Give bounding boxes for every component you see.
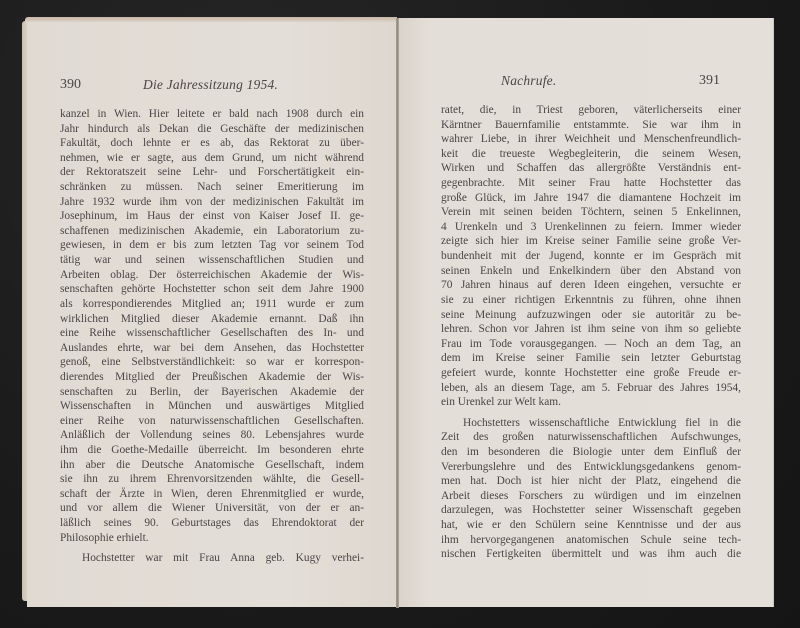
text-line: nischen Fertigkeiten übermittelt und was… xyxy=(441,547,741,562)
text-line: bundenheit mit der Jugend, konnte er im … xyxy=(441,249,741,264)
text-line: Anläßlich der Vollendung seines 80. Lebe… xyxy=(60,428,364,443)
text-line: senschaften zu Berlin, der Bayerischen A… xyxy=(60,385,364,400)
text-line: der Rektoratszeit seine Lehr- und Forsch… xyxy=(60,165,364,180)
text-line: ihm die Goethe-Medaille überreicht. Im b… xyxy=(60,443,364,458)
text-line: hat, wie er den Schülern seine Kenntniss… xyxy=(441,518,741,533)
right-page: Nachrufe. 391 ratet, die, in Triest gebo… xyxy=(399,18,774,607)
text-line: seinen Enkeln und Enkelkindern über den … xyxy=(441,264,741,279)
text-line: seine Meinung aufzuzwingen oder sie auto… xyxy=(441,308,741,323)
text-line: Josephinum, im Haus der einst von Kaiser… xyxy=(60,209,364,224)
open-book: 390 Die Jahressitzung 1954. kanzel in Wi… xyxy=(22,17,776,608)
paragraph: kanzel in Wien. Hier leitete er bald nac… xyxy=(60,107,364,545)
paragraph: Hochstetter war mit Frau Anna geb. Kugy … xyxy=(60,551,364,566)
text-line: ein Urenkel zur Welt kam. xyxy=(441,395,741,410)
text-line: gewiesen, in dem er bis zum letzten Tag … xyxy=(60,238,364,253)
text-line: genoß, eine Selbstverständlichkeit: so w… xyxy=(60,355,364,370)
text-line: 4 Urenkeln und 3 Urenkelinnen zu feiern.… xyxy=(441,220,741,235)
text-line: Hochstetter war mit Frau Anna geb. Kugy … xyxy=(60,551,364,566)
text-line: dem im Kreise seiner Familie sein letzte… xyxy=(441,351,741,366)
text-line: Auslandes ehrte, war bei dem Ansehen, da… xyxy=(60,341,364,356)
text-line: Hochstetters wissenschaftliche Entwicklu… xyxy=(441,416,741,431)
paragraph: Hochstetters wissenschaftliche Entwicklu… xyxy=(441,416,741,562)
text-line: Wirken und Schaffen das allergrößte Vers… xyxy=(441,161,741,176)
text-line: schaft der Ärzte in Wien, deren Ehrenmit… xyxy=(60,487,364,502)
text-line: große Glück, im Jahre 1947 die diamanten… xyxy=(441,191,741,206)
text-line: Jahr hindurch als Dekan die Geschäfte de… xyxy=(60,122,364,137)
text-line: ratet, die, in Triest geboren, väterlich… xyxy=(441,103,741,118)
text-line: keit die treueste Wegbegleiterin, die se… xyxy=(441,147,741,162)
text-line: nehmen, wie er sagte, aus dem Grund, um … xyxy=(60,151,364,166)
text-line: Zeit des großen naturwissenschaftlichen … xyxy=(441,430,741,445)
right-page-body: ratet, die, in Triest geboren, väterlich… xyxy=(441,103,741,562)
paragraph: ratet, die, in Triest geboren, väterlich… xyxy=(441,103,741,410)
text-line: sie ihn zu ihrem Ehrenvorsitzenden wählt… xyxy=(60,472,364,487)
right-page-header: Nachrufe. 391 xyxy=(439,72,739,90)
text-line: zeigte sich hier im Kreise seiner Famili… xyxy=(441,234,741,249)
text-line: schaffenen medizinischen Akademie, ein L… xyxy=(60,224,364,239)
text-line: wirklichen Mitglied dieser Akademie erna… xyxy=(60,312,364,327)
text-line: Vererbungslehre und des Entwicklungsgeda… xyxy=(441,460,741,475)
text-line: darzulegen, was Hochstetter seiner Wisse… xyxy=(441,503,741,518)
text-line: Wissenschaften in München und auswärtige… xyxy=(60,399,364,414)
text-line: leben, als an diesem Tage, am 5. Februar… xyxy=(441,381,741,396)
text-line: gefeiert wurde, konnte Hochstetter eine … xyxy=(441,366,741,381)
text-line: lehren. Schon vor Jahren ist ihm seine v… xyxy=(441,322,741,337)
text-line: Jahre 1932 wurde ihm von der medizinisch… xyxy=(60,195,364,210)
text-line: Arbeit dieses Forschers zu würdigen und … xyxy=(441,489,741,504)
text-line: Fakultät, doch lehnte er es ab, das Rekt… xyxy=(60,136,364,151)
running-head: Die Jahressitzung 1954. xyxy=(143,76,278,94)
text-line: Kärntner Bauernfamilie entstammte. Sie w… xyxy=(441,118,741,133)
text-line: kanzel in Wien. Hier leitete er bald nac… xyxy=(60,107,364,122)
text-line: Philosophie erhielt. xyxy=(60,531,364,546)
text-line: als korrespondierendes Mitglied an; 1911… xyxy=(60,297,364,312)
left-page: 390 Die Jahressitzung 1954. kanzel in Wi… xyxy=(27,22,396,607)
text-line: ihn aber die Deutsche Anatomische Gesell… xyxy=(60,458,364,473)
text-line: dierendes Mitglied der Preußischen Akade… xyxy=(60,370,364,385)
text-line: ihm hervorgegangenen anatomischen Schule… xyxy=(441,533,741,548)
text-line: einer Reihe von naturwissenschaftlichen … xyxy=(60,414,364,429)
text-line: läßlich seines 90. Geburtstages das Ehre… xyxy=(60,516,364,531)
text-line: Arbeiten oblag. Der österreichischen Aka… xyxy=(60,268,364,283)
page-number: 390 xyxy=(60,76,81,94)
text-line: und vor allem die Wiener Universität, vo… xyxy=(60,501,364,516)
text-line: gegenbrachte. Mit seiner Frau hatte Hoch… xyxy=(441,176,741,191)
text-line: eine Reihe wissenschaftlicher Gesellscha… xyxy=(60,326,364,341)
text-line: schränken zu müssen. Nach seiner Emeriti… xyxy=(60,180,364,195)
text-line: sie zu einer richtigen Erkenntnis zu füh… xyxy=(441,293,741,308)
text-line: senschaften gehörte Hochstetter schon se… xyxy=(60,282,364,297)
left-page-body: kanzel in Wien. Hier leitete er bald nac… xyxy=(60,107,364,566)
text-line: den im besonderen die Biologie unter dem… xyxy=(441,445,741,460)
running-head: Nachrufe. xyxy=(501,72,556,90)
text-line: Frau im Tode vorausgegangen. — Noch an d… xyxy=(441,337,741,352)
page-number: 391 xyxy=(699,72,720,90)
text-line: tätig war und seinen wissenschaftlichen … xyxy=(60,253,364,268)
left-page-header: 390 Die Jahressitzung 1954. xyxy=(60,76,360,94)
text-line: wahrer Liebe, in ihrer Weichheit und Men… xyxy=(441,132,741,147)
text-line: Verein mit seinen beiden Töchtern, seine… xyxy=(441,205,741,220)
text-line: 70 Jahren hinaus auf deren Ideen eingehe… xyxy=(441,278,741,293)
text-line: men hat. Doch ist hier nicht der Platz, … xyxy=(441,474,741,489)
